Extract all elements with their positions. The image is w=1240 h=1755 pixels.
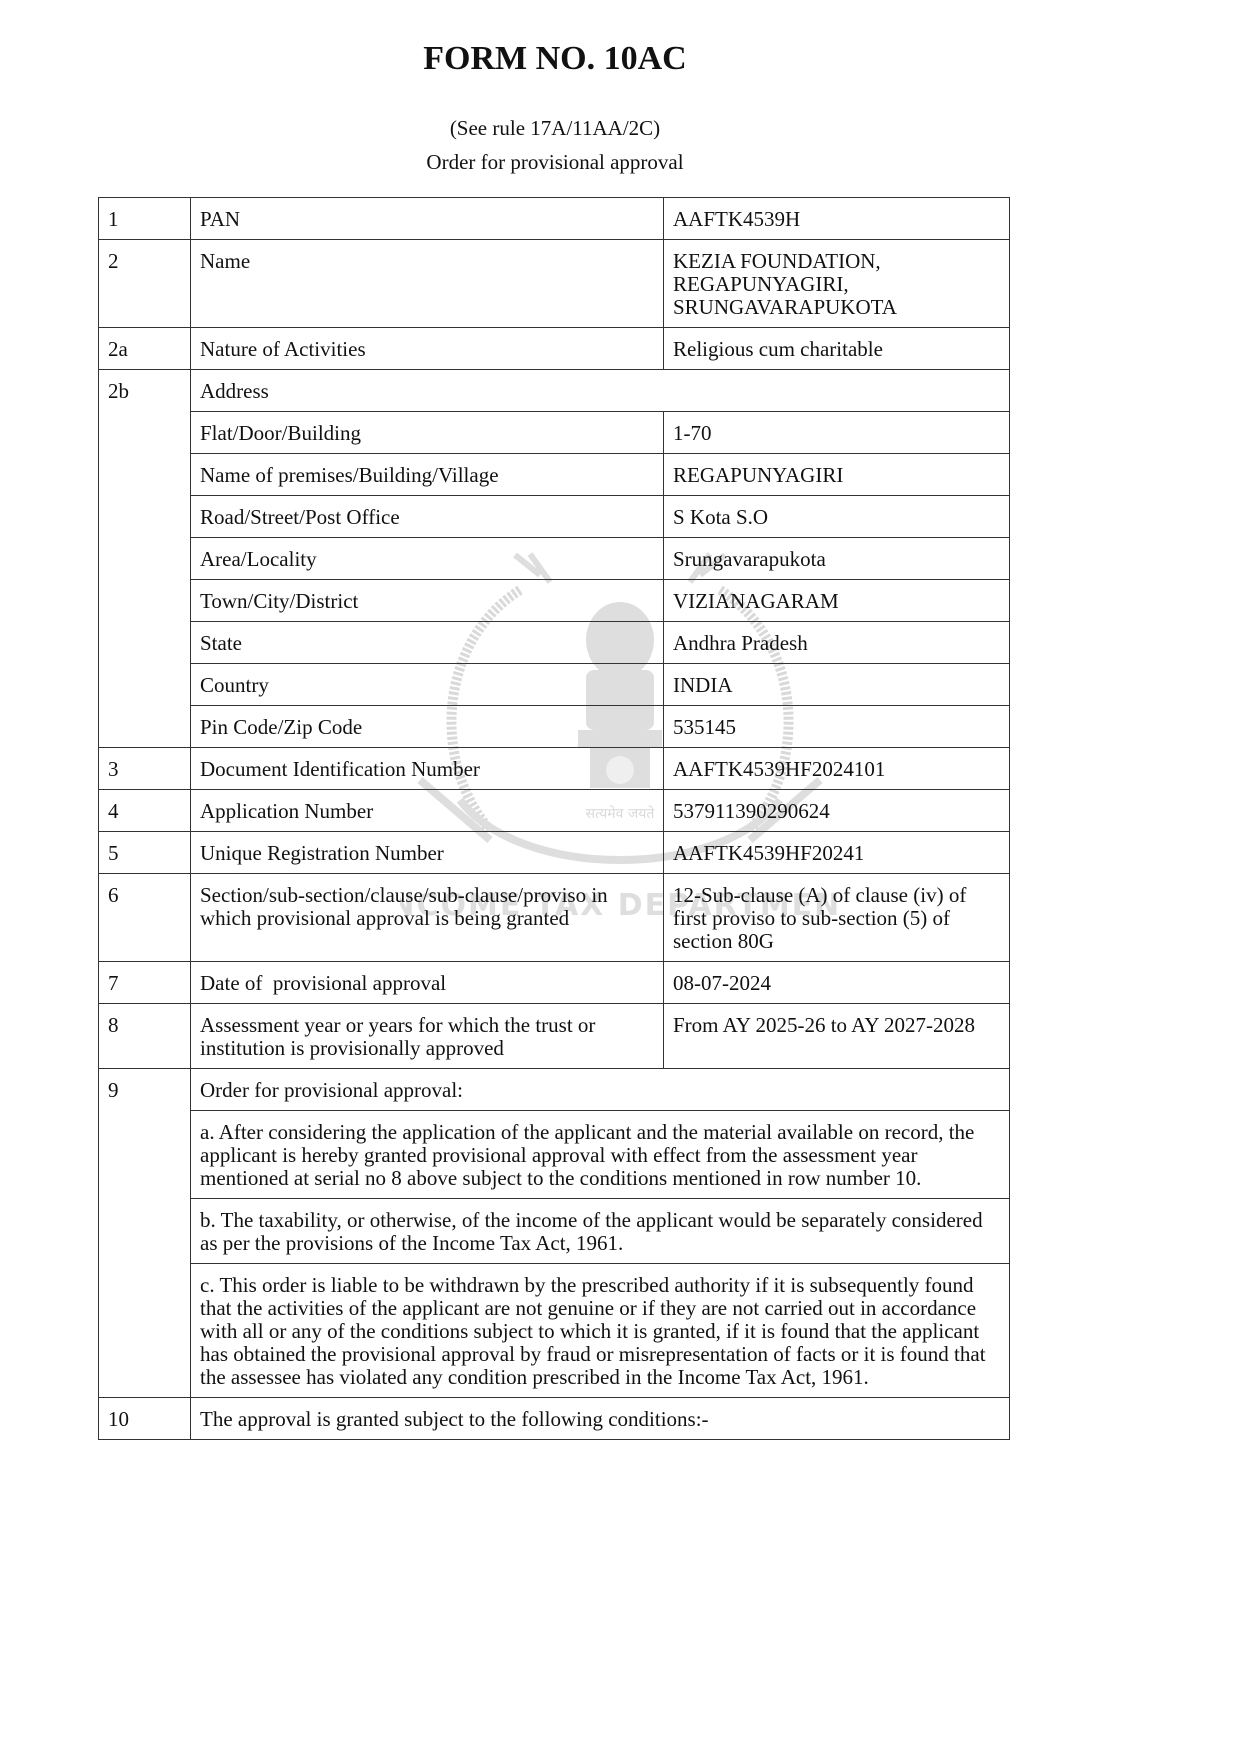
- order-clause-text: a. After considering the application of …: [191, 1111, 1010, 1199]
- rule-reference: (See rule 17A/11AA/2C): [0, 116, 1110, 141]
- address-field-road: Road/Street/Post Office S Kota S.O: [99, 496, 1010, 538]
- address-label: State: [191, 622, 664, 664]
- address-label: Road/Street/Post Office: [191, 496, 664, 538]
- approval-date-value: 08-07-2024: [664, 962, 1010, 1004]
- row-number: 10: [99, 1398, 191, 1440]
- row-number: 2b: [99, 370, 191, 748]
- row-label: Assessment year or years for which the t…: [191, 1004, 664, 1069]
- row-number: 2a: [99, 328, 191, 370]
- row-label: Name: [191, 240, 664, 328]
- row-label: Nature of Activities: [191, 328, 664, 370]
- form-table: 1 PAN AAFTK4539H 2 Name KEZIA FOUNDATION…: [98, 197, 1010, 1440]
- address-value: VIZIANAGARAM: [664, 580, 1010, 622]
- table-row-conditions: 10 The approval is granted subject to th…: [99, 1398, 1010, 1440]
- row-label: Address: [191, 370, 1010, 412]
- row-label: Document Identification Number: [191, 748, 664, 790]
- row-label: Application Number: [191, 790, 664, 832]
- nature-of-activities-value: Religious cum charitable: [664, 328, 1010, 370]
- row-number: 3: [99, 748, 191, 790]
- row-label: Unique Registration Number: [191, 832, 664, 874]
- address-field-pin: Pin Code/Zip Code 535145: [99, 706, 1010, 748]
- address-label: Country: [191, 664, 664, 706]
- row-label: Order for provisional approval:: [191, 1069, 1010, 1111]
- assessment-years-value: From AY 2025-26 to AY 2027-2028: [664, 1004, 1010, 1069]
- application-number-value: 537911390290624: [664, 790, 1010, 832]
- address-value: Andhra Pradesh: [664, 622, 1010, 664]
- table-row-name: 2 Name KEZIA FOUNDATION, REGAPUNYAGIRI, …: [99, 240, 1010, 328]
- form-title: FORM NO. 10AC: [0, 40, 1110, 78]
- table-row-assessment-years: 8 Assessment year or years for which the…: [99, 1004, 1010, 1069]
- row-number: 8: [99, 1004, 191, 1069]
- pan-value: AAFTK4539H: [664, 198, 1010, 240]
- address-value: 1-70: [664, 412, 1010, 454]
- table-row-registration-number: 5 Unique Registration Number AAFTK4539HF…: [99, 832, 1010, 874]
- registration-number-value: AAFTK4539HF20241: [664, 832, 1010, 874]
- table-row-section: 6 Section/sub-section/clause/sub-clause/…: [99, 874, 1010, 962]
- row-label: The approval is granted subject to the f…: [191, 1398, 1010, 1440]
- address-field-town: Town/City/District VIZIANAGARAM: [99, 580, 1010, 622]
- name-value: KEZIA FOUNDATION, REGAPUNYAGIRI, SRUNGAV…: [664, 240, 1010, 328]
- table-row-document-id: 3 Document Identification Number AAFTK45…: [99, 748, 1010, 790]
- document-id-value: AAFTK4539HF2024101: [664, 748, 1010, 790]
- table-row-address: 2b Address: [99, 370, 1010, 412]
- address-label: Name of premises/Building/Village: [191, 454, 664, 496]
- order-clause-a: a. After considering the application of …: [99, 1111, 1010, 1199]
- order-clause-b: b. The taxability, or otherwise, of the …: [99, 1199, 1010, 1264]
- row-number: 4: [99, 790, 191, 832]
- row-number: 2: [99, 240, 191, 328]
- table-row-order: 9 Order for provisional approval:: [99, 1069, 1010, 1111]
- address-label: Area/Locality: [191, 538, 664, 580]
- row-number: 5: [99, 832, 191, 874]
- row-number: 9: [99, 1069, 191, 1398]
- table-row-pan: 1 PAN AAFTK4539H: [99, 198, 1010, 240]
- row-label: Date of provisional approval: [191, 962, 664, 1004]
- address-field-state: State Andhra Pradesh: [99, 622, 1010, 664]
- form-subtitle: Order for provisional approval: [0, 150, 1110, 175]
- address-value: S Kota S.O: [664, 496, 1010, 538]
- row-number: 1: [99, 198, 191, 240]
- table-row-approval-date: 7 Date of provisional approval 08-07-202…: [99, 962, 1010, 1004]
- row-number: 7: [99, 962, 191, 1004]
- order-clause-text: c. This order is liable to be withdrawn …: [191, 1264, 1010, 1398]
- address-label: Pin Code/Zip Code: [191, 706, 664, 748]
- row-label: PAN: [191, 198, 664, 240]
- address-label: Flat/Door/Building: [191, 412, 664, 454]
- address-field-area: Area/Locality Srungavarapukota: [99, 538, 1010, 580]
- address-value: INDIA: [664, 664, 1010, 706]
- address-field-premises: Name of premises/Building/Village REGAPU…: [99, 454, 1010, 496]
- address-value: 535145: [664, 706, 1010, 748]
- address-value: Srungavarapukota: [664, 538, 1010, 580]
- order-clause-text: b. The taxability, or otherwise, of the …: [191, 1199, 1010, 1264]
- address-value: REGAPUNYAGIRI: [664, 454, 1010, 496]
- table-row-application-number: 4 Application Number 537911390290624: [99, 790, 1010, 832]
- row-label: Section/sub-section/clause/sub-clause/pr…: [191, 874, 664, 962]
- address-field-country: Country INDIA: [99, 664, 1010, 706]
- row-number: 6: [99, 874, 191, 962]
- address-label: Town/City/District: [191, 580, 664, 622]
- order-clause-c: c. This order is liable to be withdrawn …: [99, 1264, 1010, 1398]
- table-row-nature-of-activities: 2a Nature of Activities Religious cum ch…: [99, 328, 1010, 370]
- address-field-flat: Flat/Door/Building 1-70: [99, 412, 1010, 454]
- section-value: 12-Sub-clause (A) of clause (iv) of firs…: [664, 874, 1010, 962]
